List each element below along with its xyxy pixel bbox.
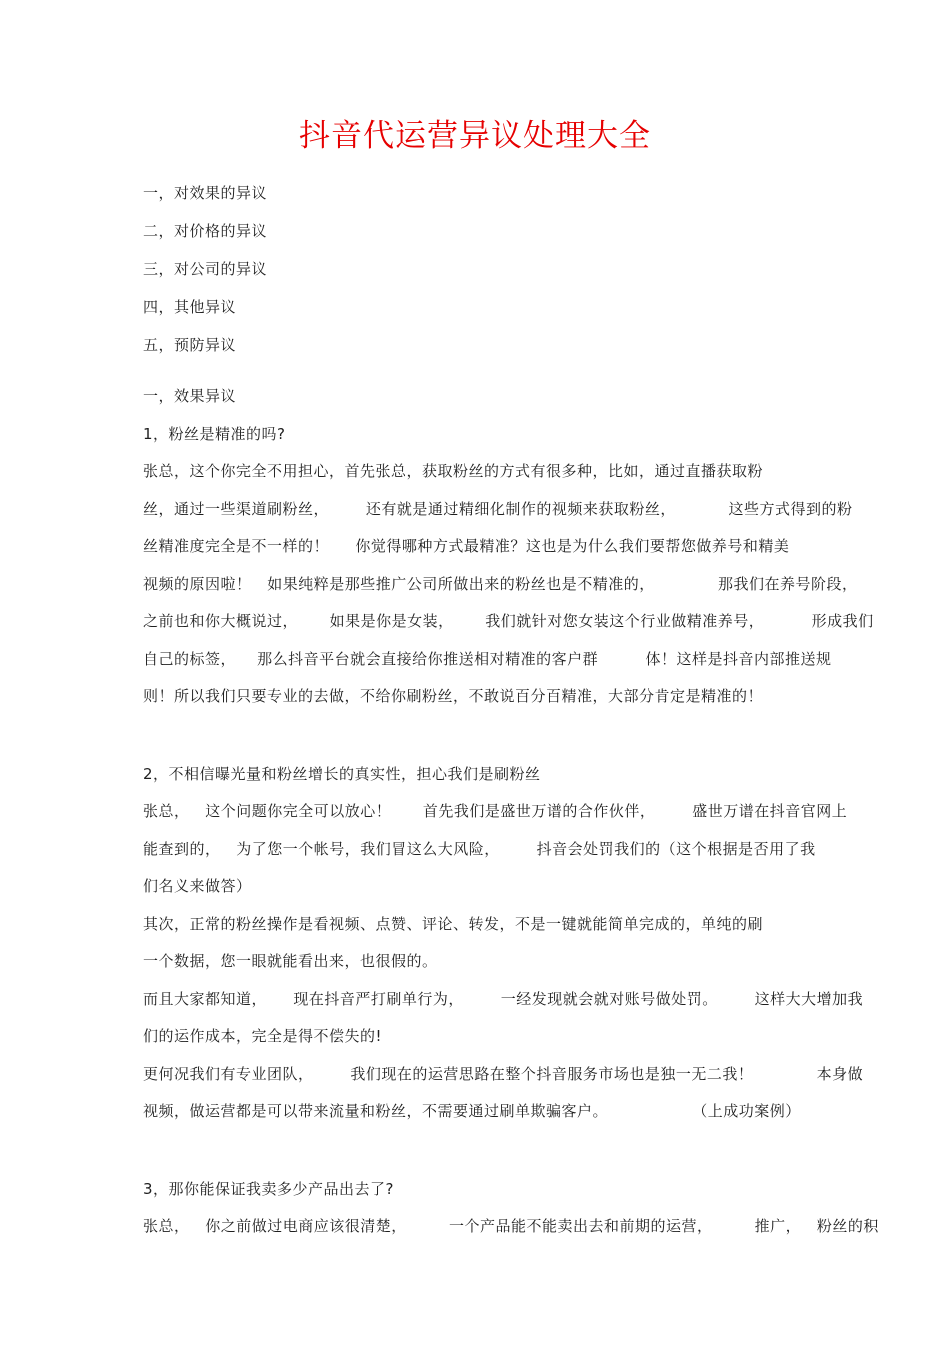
text-line: 其次，正常的粉丝操作是看视频、点赞、评论、转发，不是一键就能简单完成的，单纯的刷 bbox=[143, 906, 855, 944]
text-line: 张总，这个你完全不用担心，首先张总，获取粉丝的方式有很多种，比如，通过直播获取粉 bbox=[143, 453, 855, 491]
text-line: 一个数据，您一眼就能看出来，也很假的。 bbox=[143, 943, 855, 981]
question-block-1: 1，粉丝是精准的吗? 张总，这个你完全不用担心，首先张总，获取粉丝的方式有很多种… bbox=[143, 416, 855, 716]
question-heading: 2，不相信曝光量和粉丝增长的真实性，担心我们是刷粉丝 bbox=[143, 756, 855, 794]
table-of-contents: 一，对效果的异议 二，对价格的异议 三，对公司的异议 四，其他异议 五，预防异议 bbox=[0, 174, 950, 364]
text-line: 自己的标签， 那么抖音平台就会直接给你推送相对精准的客户群 体！这样是抖音内部推… bbox=[143, 641, 855, 679]
text-line: 丝，通过一些渠道刷粉丝， 还有就是通过精细化制作的视频来获取粉丝， 这些方式得到… bbox=[143, 491, 855, 529]
text-line: 张总， 这个问题你完全可以放心！ 首先我们是盛世万谱的合作伙伴， 盛世万谱在抖音… bbox=[143, 793, 855, 831]
section-heading: 一，效果异议 bbox=[143, 378, 855, 416]
text-line: 们名义来做答） bbox=[143, 868, 855, 906]
text-line: 们的运作成本，完全是得不偿失的! bbox=[143, 1018, 855, 1056]
document-body: 一，效果异议 1，粉丝是精准的吗? 张总，这个你完全不用担心，首先张总，获取粉丝… bbox=[0, 378, 950, 1246]
toc-item-price: 二，对价格的异议 bbox=[143, 212, 950, 250]
text-line: 丝精准度完全是不一样的！ 你觉得哪种方式最精准？这也是为什么我们要帮您做养号和精… bbox=[143, 528, 855, 566]
question-heading: 3，那你能保证我卖多少产品出去了? bbox=[143, 1171, 855, 1209]
text-line: 而且大家都知道， 现在抖音严打刷单行为， 一经发现就会就对账号做处罚。 这样大大… bbox=[143, 981, 855, 1019]
toc-item-company: 三，对公司的异议 bbox=[143, 250, 950, 288]
toc-item-prevention: 五，预防异议 bbox=[143, 326, 950, 364]
text-line: 能查到的， 为了您一个帐号，我们冒这么大风险， 抖音会处罚我们的（这个根据是否用… bbox=[143, 831, 855, 869]
document-page: 抖音代运营异议处理大全 一，对效果的异议 二，对价格的异议 三，对公司的异议 四… bbox=[0, 0, 950, 1345]
toc-item-other: 四，其他异议 bbox=[143, 288, 950, 326]
text-line: 之前也和你大概说过， 如果是你是女装， 我们就针对您女装这个行业做精准养号， 形… bbox=[143, 603, 855, 641]
question-block-2: 2，不相信曝光量和粉丝增长的真实性，担心我们是刷粉丝 张总， 这个问题你完全可以… bbox=[143, 756, 855, 1131]
text-line: 更何况我们有专业团队， 我们现在的运营思路在整个抖音服务市场也是独一无二我！ 本… bbox=[143, 1056, 855, 1094]
question-heading: 1，粉丝是精准的吗? bbox=[143, 416, 855, 454]
text-line: 则！所以我们只要专业的去做，不给你刷粉丝，不敢说百分百精准，大部分肯定是精准的！ bbox=[143, 678, 855, 716]
document-title: 抖音代运营异议处理大全 bbox=[0, 0, 950, 156]
text-line: 视频，做运营都是可以带来流量和粉丝，不需要通过刷单欺骗客户。 （上成功案例） bbox=[143, 1093, 855, 1131]
text-line: 张总， 你之前做过电商应该很清楚， 一个产品能不能卖出去和前期的运营， 推广， … bbox=[143, 1208, 855, 1246]
text-line: 视频的原因啦！ 如果纯粹是那些推广公司所做出来的粉丝也是不精准的， 那我们在养号… bbox=[143, 566, 855, 604]
question-block-3: 3，那你能保证我卖多少产品出去了? 张总， 你之前做过电商应该很清楚， 一个产品… bbox=[143, 1171, 855, 1246]
toc-item-effect: 一，对效果的异议 bbox=[143, 174, 950, 212]
